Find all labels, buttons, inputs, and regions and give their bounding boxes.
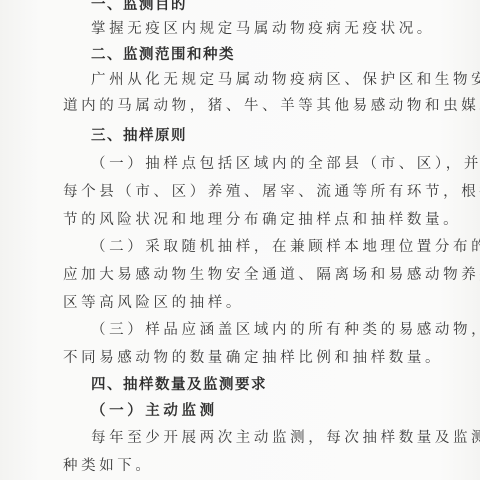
heading-monitoring-scope: 二、监测范围和种类 xyxy=(91,46,235,64)
heading-sampling-quantity: 四、抽样数量及监测要求 xyxy=(91,376,267,394)
subheading-active-monitoring: （一）主动监测 xyxy=(91,402,218,420)
paragraph-line: 每个县（市、区）养殖、屠宰、流通等所有环节，根据各环 xyxy=(63,183,480,201)
paragraph-line: 种类如下。 xyxy=(63,457,154,475)
document-page: 一、监测目的 掌握无疫区内规定马属动物疫病无疫状况。 二、监测范围和种类 广州从… xyxy=(0,0,480,480)
paragraph-line: 不同易感动物的数量确定抽样比例和抽样数量。 xyxy=(63,349,443,367)
paragraph-line: 区等高风险区的抽样。 xyxy=(63,294,244,312)
paragraph-line: 应加大易感动物生物安全通道、隔离场和易感动物养殖密集 xyxy=(63,266,480,284)
heading-monitoring-purpose: 一、监测目的 xyxy=(91,0,187,14)
paragraph-line: 每年至少开展两次主动监测，每次抽样数量及监测疫病 xyxy=(91,429,480,447)
heading-sampling-principles: 三、抽样原则 xyxy=(91,127,187,145)
paragraph-line: （二）采取随机抽样，在兼顾样本地理位置分布的同时， xyxy=(91,238,480,256)
paragraph-line: 广州从化无规定马属动物疫病区、保护区和生物安全通 xyxy=(91,71,480,89)
paragraph-line: （三）样品应涵盖区域内的所有种类的易感动物，根据 xyxy=(91,321,480,339)
paragraph-line: 节的风险状况和地理分布确定抽样点和抽样数量。 xyxy=(63,211,461,229)
paragraph-line: 道内的马属动物，猪、牛、羊等其他易感动物和虫媒。 xyxy=(63,97,480,115)
paragraph-line: 掌握无疫区内规定马属动物疫病无疫状况。 xyxy=(91,20,435,38)
paragraph-line: （一）抽样点包括区域内的全部县（市、区），并覆盖 xyxy=(91,155,480,173)
